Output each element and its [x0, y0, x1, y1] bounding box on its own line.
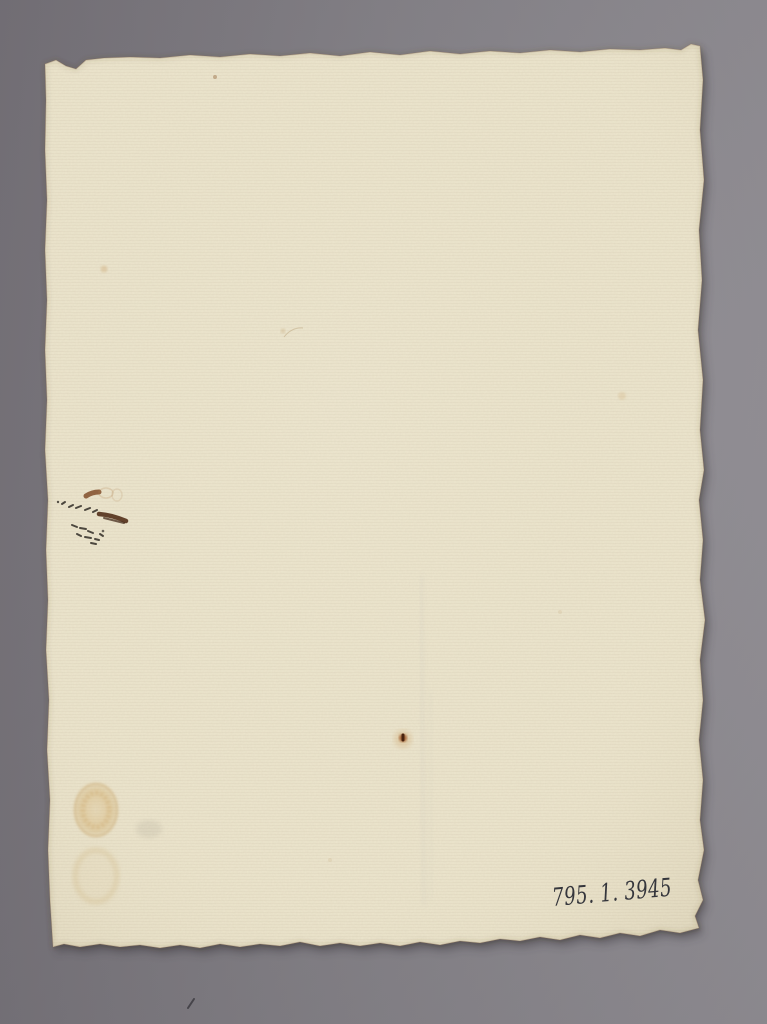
gray-smudge: [136, 820, 162, 838]
background-speck: [188, 999, 194, 1008]
collection-stamp-lower: [75, 850, 117, 902]
collection-stamp-upper: [75, 784, 117, 836]
paper-photo: 795. 1. 3945: [0, 0, 767, 1024]
paper-shading: [45, 44, 705, 948]
paper-sheet: 795. 1. 3945: [45, 44, 705, 948]
photo-background: 795. 1. 3945: [0, 0, 767, 1024]
